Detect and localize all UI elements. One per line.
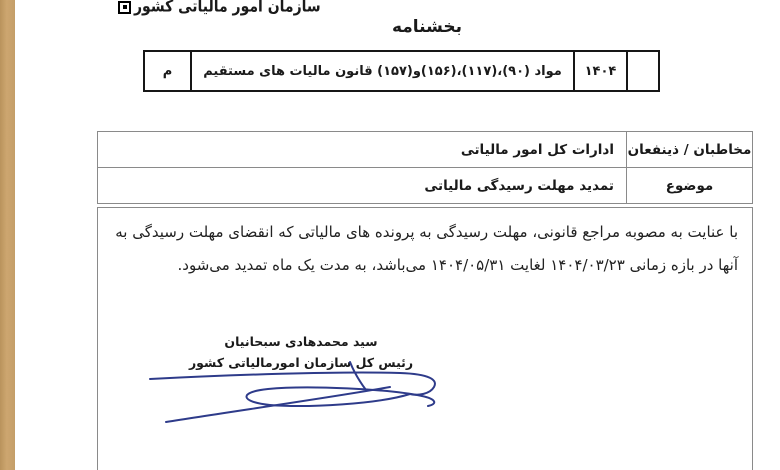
circular-body-paragraph: با عنایت به مصوبه مراجع قانونی، مهلت رسی… (98, 208, 752, 282)
signatory-name: سید محمدهادی سبحانیان (178, 331, 424, 352)
law-reference-cell: مواد (۹۰)،(۱۱۷)،(۱۵۶)و(۱۵۷) قانون مالیات… (190, 52, 573, 90)
handwritten-signature (138, 356, 483, 446)
reference-header-table: م مواد (۹۰)،(۱۱۷)،(۱۵۶)و(۱۵۷) قانون مالی… (143, 50, 660, 92)
scanned-page-edge (0, 0, 15, 470)
recipients-subject-table: مخاطبان / ذینفعان ادارات کل امور مالیاتی… (97, 131, 753, 204)
empty-number-cell (626, 52, 658, 90)
recipients-label: مخاطبان / ذینفعان (626, 132, 752, 167)
subject-label: موضوع (626, 168, 752, 203)
classification-letter-cell: م (145, 52, 190, 90)
subject-value: تمدید مهلت رسیدگی مالیاتی (98, 168, 626, 203)
tax-organization-letterhead: سازمان امور مالیاتی کشور (118, 0, 321, 20)
letterhead-calligraphy: سازمان امور مالیاتی کشور (134, 0, 321, 16)
letterhead-seal-icon (118, 1, 131, 14)
year-cell: ۱۴۰۴ (573, 52, 626, 90)
document-title: بخشنامه (327, 17, 527, 37)
table-row: مخاطبان / ذینفعان ادارات کل امور مالیاتی (98, 132, 752, 167)
recipients-value: ادارات کل امور مالیاتی (98, 132, 626, 167)
table-row: موضوع تمدید مهلت رسیدگی مالیاتی (98, 167, 752, 203)
circular-document-page: سازمان امور مالیاتی کشور بخشنامه م مواد … (0, 0, 780, 470)
